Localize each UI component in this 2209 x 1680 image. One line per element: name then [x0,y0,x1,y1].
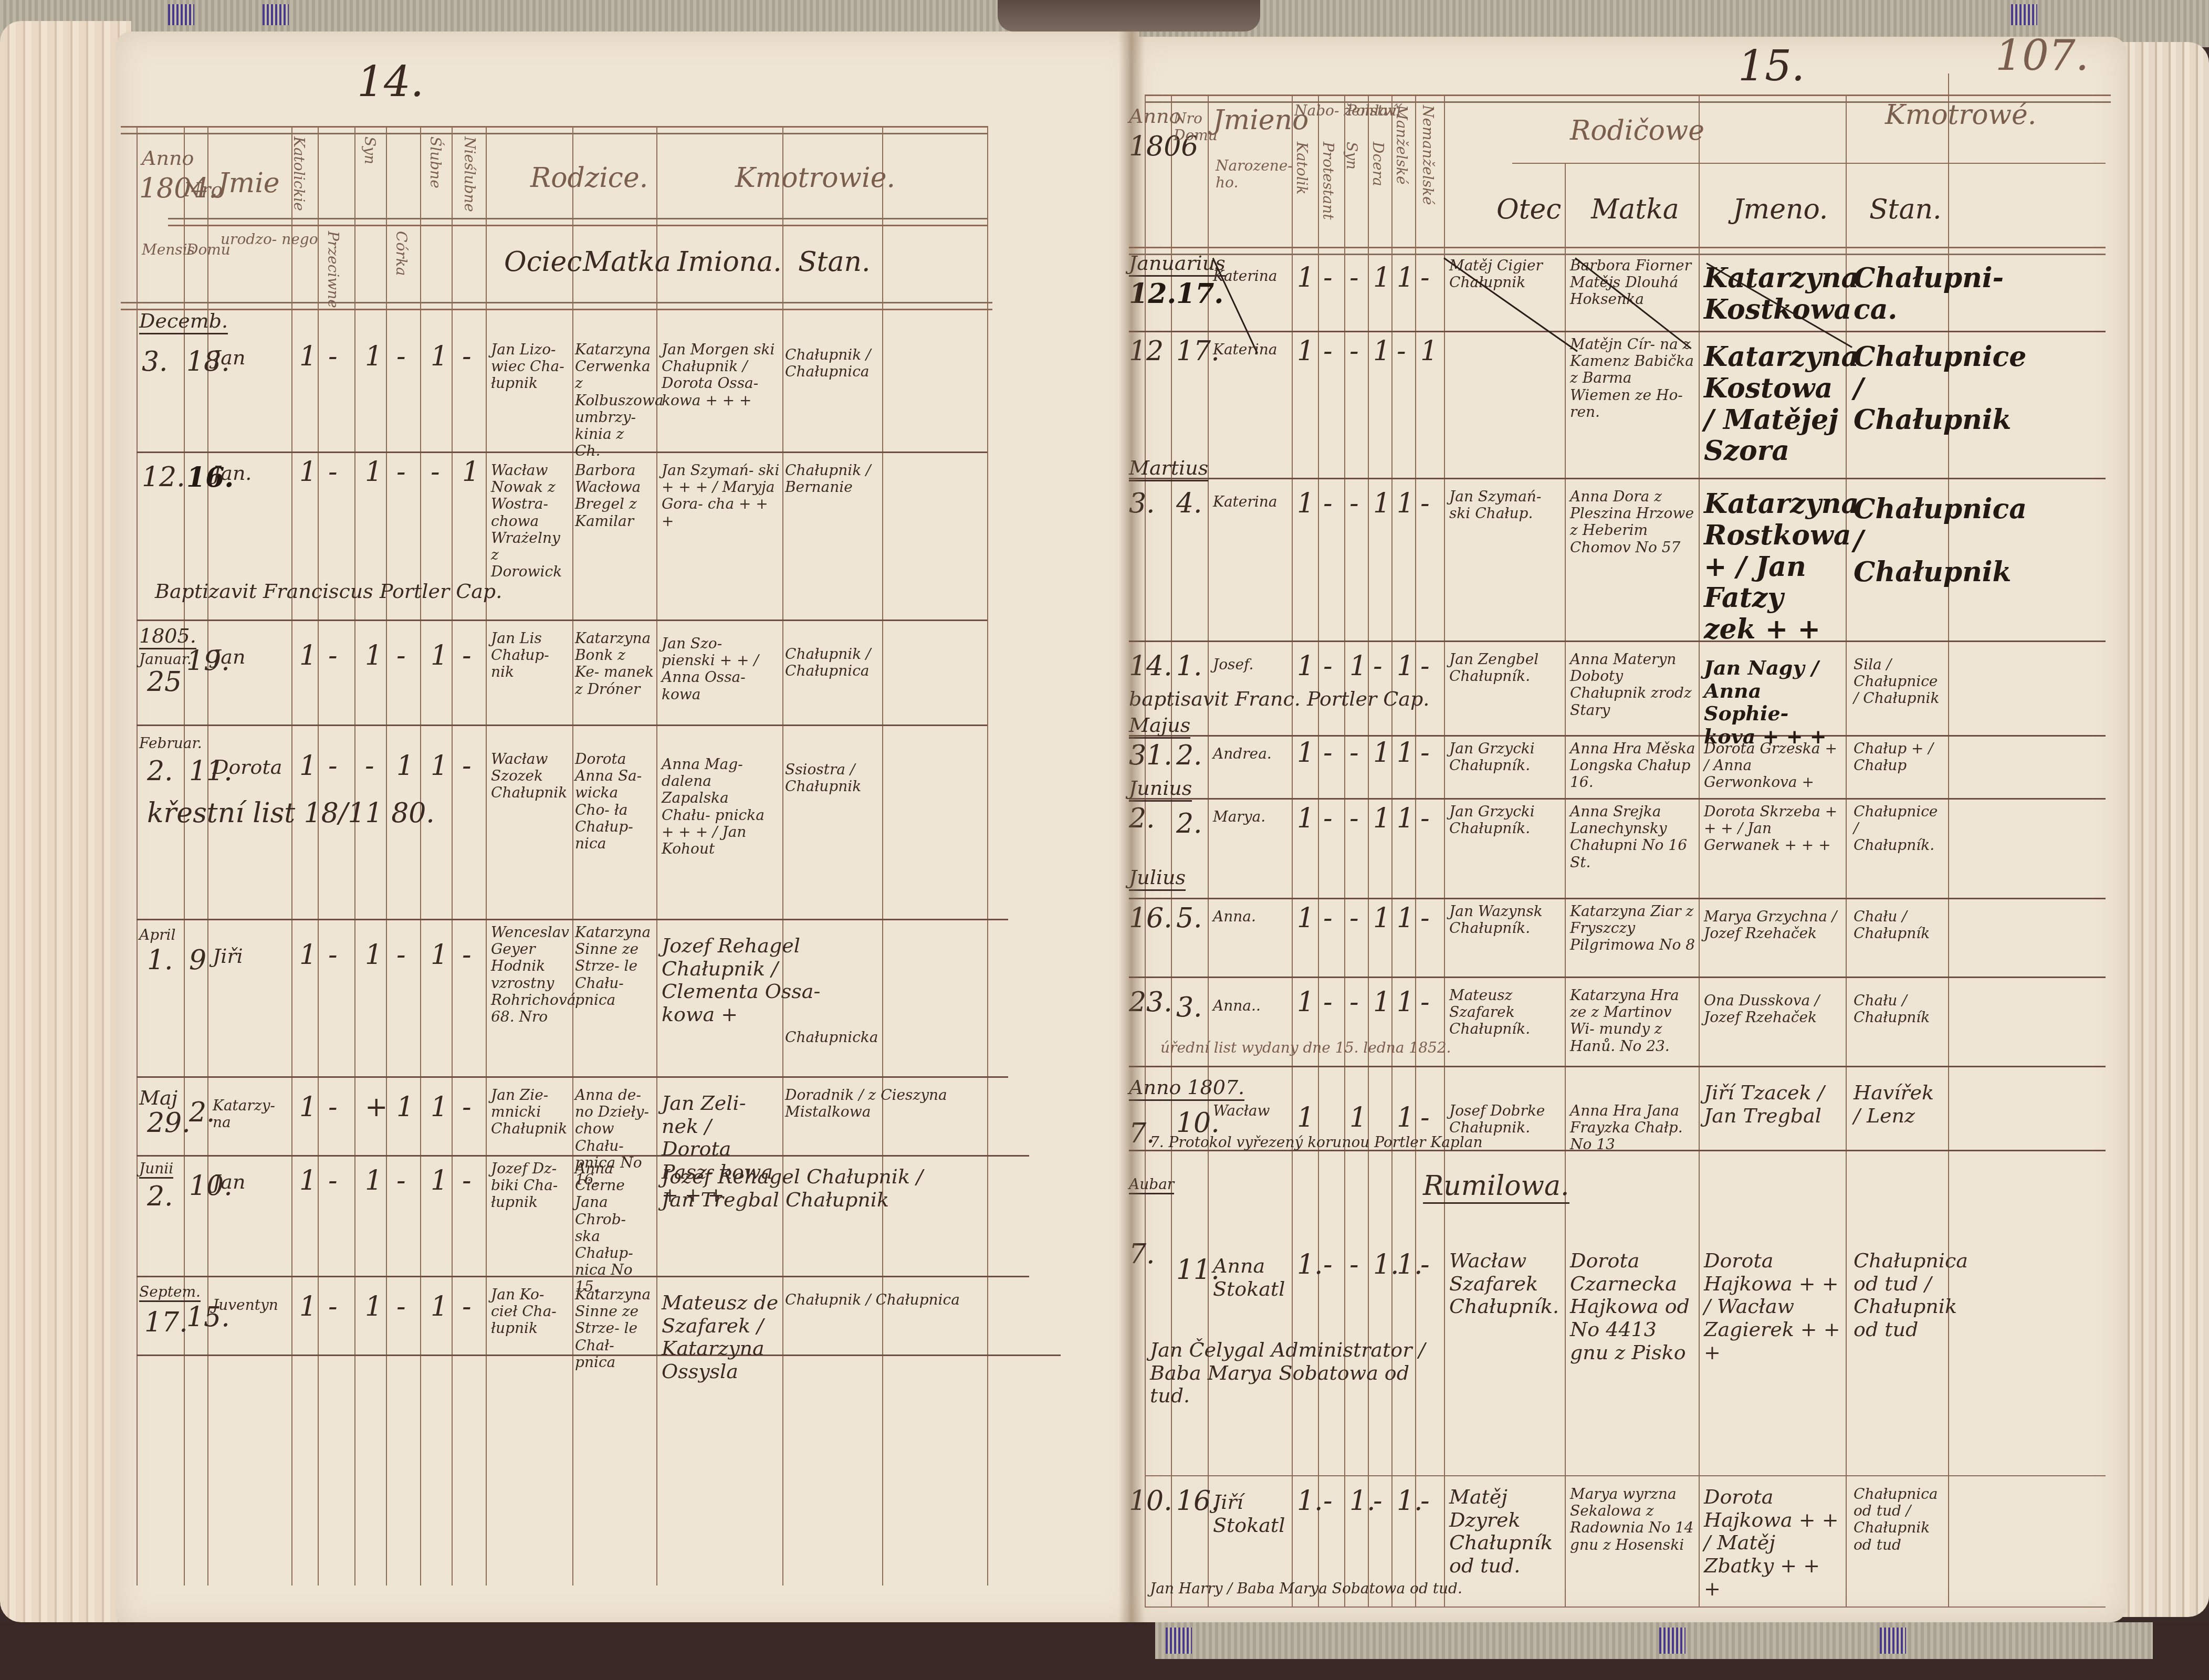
header-col-slubne: Ślubne [427,136,444,188]
header-imie-sub: Narozene- ho. [1216,157,1289,191]
mark: - [1323,1486,1333,1517]
mark: - [1349,903,1359,934]
entry-name: Anna.. [1213,997,1261,1014]
cloth-pattern [2011,4,2037,25]
header-stan: Stan. [1869,194,1942,226]
entry-mother: Katarzyna Bonk z Ke- manek z Dróner [575,630,654,698]
entry-name: Jiří Stokatl [1213,1491,1292,1537]
mark: - [1323,987,1333,1018]
mark-slubne: 1 [431,1291,448,1323]
entry-mother: Katarzyna Sinne ze Strze- le Chał- pnica [575,1286,654,1371]
entry-status: Chałupnik / Chałupnica [785,346,880,380]
entry-father: Jan Lis Chałup- nik [491,630,570,681]
entry-note: Jan Harry / Baba Marya Sobatowa od tud. [1150,1580,1444,1597]
entry-note: úřední list wydany dne 15. ledna 1852. [1160,1039,1451,1056]
header-col-manzelske: Manželské [1393,105,1410,185]
entry-father: Jan Lizo- wiec Cha- łupnik [491,341,570,392]
mark: 1. [1297,1486,1323,1517]
entry-father: Wacław Nowak z Wostra- chowa Wrażelny z … [491,462,570,580]
row-rule [1145,1606,2106,1608]
mark-nieslubne: - [462,1092,472,1123]
entry-mother: Katarzyna Sinne ze Strze- le Chału- pnic… [575,924,654,1009]
column-rule [782,126,783,1585]
entry-month: Januar. [139,651,192,668]
left-page: 14. Anno 1804. Mensis Nro Domu Jmie urod… [116,31,1139,1627]
entry-name: Jan [213,1171,245,1194]
mark-katolickie: 1 [299,940,317,971]
entry-father: Wacław Szozek Chałupnik [491,751,570,802]
column-rule [486,126,487,1585]
entry-status: Chałupnica od tud / Chałupnik od tud [1854,1249,1943,1341]
mark: - [1349,987,1359,1018]
mark-syn: + [365,1092,388,1123]
mark: - [1420,1486,1430,1517]
mark-corka: - [396,457,406,488]
header-rodice: Rodičowe [1570,115,1704,147]
entry-name: Josef. [1213,656,1253,673]
mark: - [1349,1249,1359,1281]
row-rule [1129,976,2106,978]
column-rule [882,126,883,1585]
mark-corka: - [396,341,406,373]
header-rule [121,126,987,134]
entry-mother: Anna Materyn Doboty Chałupnik zrodz Star… [1570,651,1696,719]
entry-status: Chałupnice / Chałupnik [1854,341,1943,435]
mark-katolickie: 1 [299,457,317,488]
mark: 1 [1397,488,1414,520]
column-rule [572,126,573,1585]
entry-mother: Anna Hra Jana Frayzka Chałp. No 13 [1570,1102,1696,1153]
header-anno: Anno [142,147,194,170]
mark-syn: 1 [365,940,382,971]
column-rule [452,126,453,1585]
mark-przeciwne: - [328,751,338,782]
mark: - [1420,1249,1430,1281]
entry-status: Chałupnica / Chałupnik [1854,493,1943,587]
header-col-syn: Syn [1343,142,1360,170]
entry-mother: Anna Srejka Lanechynsky Chałupni No 16 S… [1570,803,1696,871]
header-matka: Matka [1591,194,1679,226]
mark: - [1420,987,1430,1018]
entry-day: 29. [147,1108,191,1139]
column-rule [1565,163,1566,1606]
entry-year-mark: Anno 1807. [1129,1076,1244,1101]
entry-name: Juventyn [213,1297,278,1314]
entry-status: Chałupnicka [785,1029,880,1046]
entry-status: Ssiostra / Chałupnik [785,761,880,795]
column-rule [207,126,208,1585]
row-rule [1129,898,2106,899]
row-rule [137,619,987,621]
subheader-rule [168,218,987,226]
mark-slubne: 1 [431,940,448,971]
header-matka: Matka [583,247,671,278]
entry-mother: Barbora Fiorner Matějs Dlouhá Hoksenka [1570,257,1696,308]
header-ojciec: Ociec [504,247,582,278]
header-rodzice: Rodzice. [530,163,648,194]
entry-note: Baptizavit Franciscus Portler Cap. [155,580,502,603]
entry-mother: Dorota Anna Sa- wicka Cho- ła Chałup- ni… [575,751,654,852]
row-rule [1129,735,2106,737]
mark: - [1420,1102,1430,1134]
mark-syn: 1 [365,457,382,488]
entry-status: Sila / Chałupnice / Chałupnik [1854,656,1943,707]
entry-father: Jan Grzycki Chałupník. [1449,740,1562,774]
entry-note: 7. Protokol vyřezený korunou Portler Kap… [1150,1134,1482,1151]
entry-godparents: Jan Szo- pienski + + / Anna Ossa- kowa [662,635,780,703]
entry-godparents: Dorota Grzeska + / Anna Gerwonkova + [1704,740,1840,791]
mark: 1 [1297,262,1314,294]
mark: 1 [1397,262,1414,294]
entry-status: Chału / Chałupník [1854,992,1943,1026]
mark: 1 [1397,903,1414,934]
mark: - [1323,803,1333,835]
spine-leather [998,0,1260,31]
entry-godparents: Ona Dusskova / Jozef Rzehaček [1704,992,1840,1026]
mark-slubne: 1 [431,1165,448,1197]
row-rule [137,1076,1008,1078]
cloth-pattern [1659,1627,1685,1654]
column-rule [1145,94,1146,1606]
mark: - [1323,1249,1333,1281]
header-col-syn: Syn [361,136,378,164]
header-stan: Stan. [798,247,871,278]
mark: 1. [1349,1486,1376,1517]
right-page: 15. 107. Anno 1806 Nro Domu Jmieno Naroz… [1129,37,2127,1622]
mark-syn: - [365,751,374,782]
header-col-protestant: Protestant [1320,142,1336,220]
header-nro-domu: Nro Domu [1174,110,1205,144]
entry-name: Katerina [1213,268,1278,285]
mark: 1 [1397,651,1414,682]
entry-godparents: Jan Morgen ski Chałupnik / Dorota Ossa- … [662,341,780,409]
mark-slubne: 1 [431,341,448,373]
entry-name: Anna. [1213,908,1256,925]
entry-name: Andrea. [1213,745,1272,762]
entry-godparents: Katarzyna Rostkowa + / Jan Fatzy zek + + [1704,488,1840,645]
entry-father: Josef Dobrke Chałupnik. [1449,1102,1562,1136]
entry-father: Jan Zie- mnicki Chałupnik [491,1087,570,1138]
mark-nieslubne: - [462,940,472,971]
mark: 1. [1297,1249,1323,1281]
entry-mother: Katarzyna Ziar z Fryszczy Pilgrimowa No … [1570,903,1696,954]
entry-mother: Anna Dora z Pleszina Hrzowe z Heberim Ch… [1570,488,1696,556]
entry-godparents: Anna Mag- dalena Zapalska Chału- pnicka … [662,756,780,857]
mark: 1 [1397,1102,1414,1134]
header-col-dcera: Dcera [1369,142,1386,186]
entry-mother: Barbora Wacłowa Bregel z Kamilar [575,462,654,530]
entry-father: Jozef Dz- biki Cha- łupnik [491,1160,570,1211]
mark-nieslubne: - [462,341,472,373]
mark: 1 [1297,488,1314,520]
folio-number: 107. [1995,31,2089,80]
header-nro: Nro [184,178,223,202]
entry-nr: 2. [1176,808,1202,840]
mark: - [1420,803,1430,835]
mark: 1 [1397,803,1414,835]
entry-godparents: Jan Szymań- ski + + + / Maryja Gora- cha… [662,462,780,530]
mark: 1 [1297,903,1314,934]
mark-syn: 1 [365,341,382,373]
mark: 1 [1397,738,1414,769]
entry-note: baptisavit Franc. Portler Cap. [1129,688,1429,711]
mark: - [1420,903,1430,934]
entry-father: Mateusz Szafarek Chałupník. [1449,987,1562,1038]
mark-corka: - [396,1165,406,1197]
entry-status: Chału / Chałupník [1854,908,1943,942]
mark: 1 [1373,488,1390,520]
mark: 1. [1397,1486,1423,1517]
entry-day: 2. [147,756,173,787]
entry-father: Wacław Szafarek Chałupník. [1449,1249,1562,1318]
column-rule [420,126,421,1585]
entry-day: 3. [142,346,168,378]
mark: - [1373,651,1383,682]
entry-status: Havířek / Lenz [1854,1081,1943,1127]
entry-note: Jan Čelygal Administrator / Baba Marya S… [1150,1339,1444,1408]
mark: 1 [1373,336,1390,367]
column-rule [656,126,657,1585]
mark: 1 [1297,336,1314,367]
header-col-nieslubne: Nieślubne [461,136,478,212]
entry-day: 12. [142,462,185,493]
section-heading: Rumilowa. [1423,1171,1569,1204]
page-number: 14. [357,58,424,106]
header-kmotrowe: Kmotrowé. [1885,100,2036,131]
cloth-pattern [263,4,289,25]
entry-month: Maj [139,1087,177,1110]
entry-godparents: Dorota Skrzeba + + + / Jan Gerwanek + + … [1704,803,1840,854]
entry-name: Katerina [1213,341,1278,358]
entry-name: Jiři [213,945,243,968]
mark-syn: 1 [365,640,382,672]
mark-syn: 1 [365,1165,382,1197]
mark: - [1420,488,1430,520]
entry-status: Chałupnik / Chałupnica [785,1291,1027,1308]
mark: 1 [1297,1102,1314,1134]
entry-name: Katerina [1213,493,1278,510]
mark: - [1323,262,1333,294]
cloth-pattern [1166,1627,1192,1654]
mark: 1 [1297,987,1314,1018]
entry-status: Chałupnik / Bernanie [785,462,880,496]
entry-nr: 1. [1176,651,1202,682]
mark-przeciwne: - [328,640,338,672]
mark-slubne: 1 [431,640,448,672]
header-imie-sub: urodzo- nego [221,231,318,248]
mark-przeciwne: - [328,341,338,373]
entry-name: Jan [213,646,245,669]
mark-przeciwne: - [328,1092,338,1123]
mark-przeciwne: - [328,457,338,488]
entry-status: Doradnik / z Cieszyna Mistalkowa [785,1087,985,1120]
row-rule [137,451,987,453]
entry-status: Chałupnica od tud / Chałupnik od tud [1854,1486,1943,1553]
mark: - [1349,262,1359,294]
entry-godparents: Katarzyna Kostkowa [1704,262,1840,325]
page-number: 15. [1738,42,1805,90]
mark-nieslubne: 1 [462,457,479,488]
mark-slubne: 1 [431,1092,448,1123]
mark-corka: 1 [396,1092,414,1123]
mark-corka: - [396,640,406,672]
mark-katolickie: 1 [299,1291,317,1323]
column-rule [291,126,292,1585]
entry-father: Matěj Dzyrek Chałupník od tud. [1449,1486,1562,1578]
entry-status: Chałup + / Chałup [1854,740,1943,774]
column-rule [987,126,988,1585]
entry-mother: Anna Cierne Jana Chrob- ska Chałup- nica… [575,1160,654,1296]
column-rule [386,126,387,1585]
mark-corka: - [396,1291,406,1323]
header-col-katolik: Katolik [1293,142,1310,195]
mark-nieslubne: - [462,751,472,782]
mark: 1 [1297,803,1314,835]
entry-father: Jan Ko- cieł Cha- łupnik [491,1286,570,1337]
mark-przeciwne: - [328,940,338,971]
binding-cloth-bottom [1155,1622,2153,1659]
header-imie: Jmie [218,168,280,199]
mark: - [1323,336,1333,367]
entry-mother: Katarzyna Hra ze z Martinov Wi- mundy z … [1570,987,1696,1055]
header-jmeno: Jmeno. [1733,194,1828,226]
mark-katolickie: 1 [299,1092,317,1123]
entry-month: Septem. [139,1284,201,1302]
column-rule [1948,73,1949,1606]
entry-godparents: Dorota Hajkowa + + / Matěj Zbatky + + + [1704,1486,1840,1600]
mark: 1. [1397,1249,1423,1281]
mark: - [1349,336,1359,367]
mark-katolickie: 1 [299,751,317,782]
entry-day: 2. [147,1181,173,1213]
background-surface [0,1622,2209,1680]
entry-day: 17. [144,1307,188,1339]
entry-month: Februar. [139,735,202,752]
header-imiona: Imiona. [677,247,782,278]
mark: - [1323,651,1333,682]
mark: 1 [1297,738,1314,769]
mark-slubne: - [431,457,440,488]
header-bottom-rule [121,302,992,310]
mark: - [1349,803,1359,835]
entry-godparents: Katarzyna Kostowa / Matějej Szora [1704,341,1840,467]
mark: 1 [1373,738,1390,769]
mark: - [1420,262,1430,294]
header-bottom-rule [1129,247,2106,255]
mark: 1 [1373,803,1390,835]
entry-nr: 3. [1176,992,1202,1024]
mark-slubne: 1 [431,751,448,782]
entry-godparents: Jozef Rehagel Chałupnik / Clementa Ossa-… [662,934,872,1026]
entry-godparents: Jan Nagy / Anna Sophie- kova + + + [1704,656,1840,748]
mark-nieslubne: - [462,1291,472,1323]
mark: 1 [1349,1102,1367,1134]
entry-note: křestní list 18/11 80. [147,798,435,829]
entry-day: 1. [147,945,173,976]
entry-father: Jan Szymań- ski Chałup. [1449,488,1562,522]
mark-przeciwne: - [328,1165,338,1197]
header-col-katolickie: Katolickie [290,136,307,211]
cloth-pattern [1880,1627,1906,1654]
mark: 1 [1297,651,1314,682]
column-rule [1444,94,1445,1606]
mark-przeciwne: - [328,1291,338,1323]
row-rule [1129,478,2106,479]
row-rule [1129,1066,2106,1067]
mark: - [1323,488,1333,520]
entry-name: Marya. [1213,808,1265,825]
mark: 1 [1373,262,1390,294]
entry-status: Chałupnik / Chałupnica [785,646,880,679]
entry-month: Decemb. [139,310,228,334]
entry-mother: Katarzyna Cerwenka z Kolbuszowa umbrzy- … [575,341,654,459]
entry-mother: Anna Hra Měska Longska Chałup 16. [1570,740,1696,791]
column-rule [354,126,355,1585]
row-rule [1145,1475,2106,1476]
entry-father: Jan Zengbel Chałupník. [1449,651,1562,685]
header-kmotrowie: Kmotrowie. [735,163,895,194]
cloth-pattern [168,4,194,25]
entry-status: Chałupnice / Chałupník. [1854,803,1943,854]
entry-mother: Marya wyrzna Sekalowa z Radownia No 14 g… [1570,1486,1696,1553]
column-rule [184,126,185,1585]
entry-nr: 4. [1176,488,1202,520]
mark: 1 [1373,987,1390,1018]
row-rule [137,724,987,726]
mark-katolickie: 1 [299,640,317,672]
header-col-nemanzelske: Nemanželské [1419,105,1436,205]
entry-father: Jan Wazynsk Chałupník. [1449,903,1562,937]
mark: - [1349,738,1359,769]
row-rule [1129,798,2106,800]
column-rule [137,126,138,1585]
column-rule [318,126,319,1585]
entry-name: Dorota [213,756,282,779]
mark-nieslubne: - [462,640,472,672]
mark: 1 [1373,903,1390,934]
entry-godparents: Marya Grzychna / Jozef Rzehaček [1704,908,1840,942]
mark-corka: - [396,940,406,971]
entry-mother: Matějn Cír- na z Kamenz Babička z Barma … [1570,336,1696,421]
entry-name: Jan [213,346,245,370]
mark-nieslubne: - [462,1165,472,1197]
entry-godparents: Dorota Hajkowa + + / Wacław Zagierek + +… [1704,1249,1840,1364]
row-rule [1129,331,2106,332]
entry-nr: 5. [1176,903,1202,934]
mark: - [1397,336,1406,367]
mark: - [1323,903,1333,934]
column-rule [1699,94,1700,1606]
entry-name: Anna Stokatl [1213,1255,1292,1300]
entry-name: Wacław [1213,1102,1270,1119]
entry-godparents: Jozef Rehagel Chałupnik / Jan Tregbal Ch… [662,1165,956,1211]
entry-day: 25 [147,667,182,698]
entry-mother: Dorota Czarnecka Hajkowa od No 4413 gnu … [1570,1249,1696,1364]
entry-nr: 9 [189,945,206,976]
right-page-stack [2121,42,2209,1617]
entry-father: Wenceslav Geyer Hodnik vzrostny Rohricho… [491,924,570,1025]
row-rule [1129,640,2106,642]
mark-katolickie: 1 [299,341,317,373]
mark: 1 [1397,987,1414,1018]
entry-month: Junii [139,1160,173,1179]
mark: 1 [1420,336,1438,367]
mark-katolickie: 1 [299,1165,317,1197]
header-col-przeciwne: Przeciwne [324,231,341,308]
left-page-stack [0,21,131,1622]
mark-syn: 1 [365,1291,382,1323]
header-otec: Otec [1496,194,1561,226]
